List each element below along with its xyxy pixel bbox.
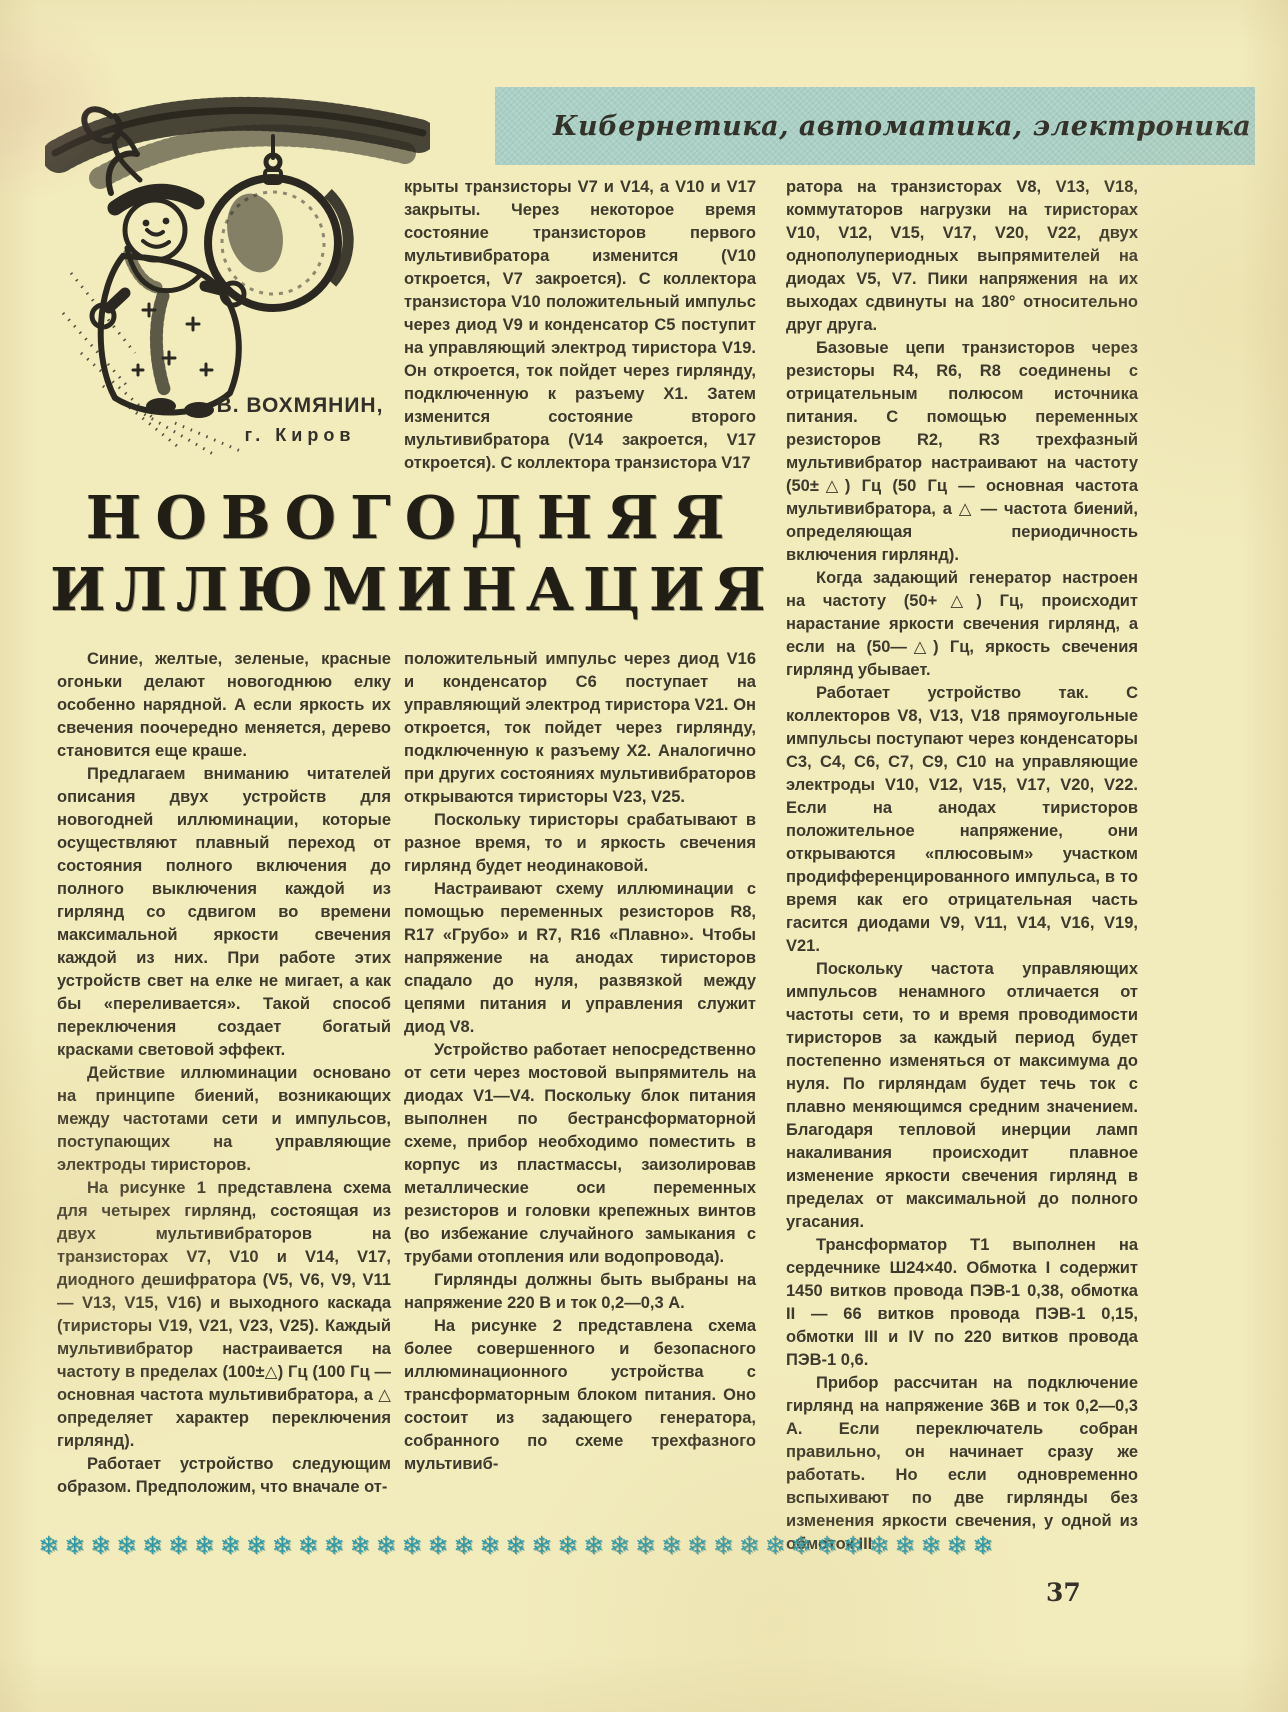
- body-paragraph: Устройство работает непосредственно от с…: [404, 1039, 756, 1269]
- rubric-banner: Кибернетика, автоматика, электроника: [495, 87, 1255, 165]
- author-name: В. ВОХМЯНИН,: [190, 394, 410, 418]
- middle-column-bottom: положительный импульс через диод V16 и к…: [404, 648, 756, 1476]
- body-paragraph: Поскольку тиристоры срабатывают в разное…: [404, 809, 756, 878]
- author-city: г. Киров: [190, 425, 410, 446]
- body-paragraph: крыты транзисторы V7 и V14, а V10 и V17 …: [404, 176, 756, 475]
- body-paragraph: положительный импульс через диод V16 и к…: [404, 648, 756, 809]
- body-paragraph: На рисунке 1 представлена схема для четы…: [57, 1177, 391, 1453]
- magazine-page: Кибернетика, автоматика, электроника: [0, 0, 1288, 1712]
- body-paragraph: Синие, желтые, зеленые, красные огоньки …: [57, 648, 391, 763]
- body-paragraph: На рисунке 2 представлена схема более со…: [404, 1315, 756, 1476]
- body-paragraph: Трансформатор Т1 выполнен на сердечнике …: [786, 1234, 1138, 1372]
- body-paragraph: Работает устройство так. С коллекторов V…: [786, 682, 1138, 958]
- article-title-line2: ИЛЛЮМИНАЦИЯ: [50, 554, 774, 626]
- right-column: ратора на транзисторах V8, V13, V18, ком…: [786, 176, 1138, 1556]
- snowflake-border: ❄❄❄❄❄❄❄❄❄❄❄❄❄❄❄❄❄❄❄❄❄❄❄❄❄❄❄❄❄❄❄❄❄❄❄❄❄: [38, 1531, 1173, 1560]
- left-column: Синие, желтые, зеленые, красные огоньки …: [57, 648, 391, 1499]
- page-number: 37: [1046, 1578, 1081, 1607]
- body-paragraph: Прибор рассчитан на подключение гирлянд …: [786, 1372, 1138, 1556]
- rubric-banner-label: Кибернетика, автоматика, электроника: [495, 111, 1251, 142]
- body-paragraph: Когда задающий генератор настроен на час…: [786, 567, 1138, 682]
- author-credit: В. ВОХМЯНИН, г. Киров: [190, 394, 410, 446]
- body-paragraph: Предлагаем вниманию читателей описания д…: [57, 763, 391, 1062]
- article-title: НОВОГОДНЯЯ ИЛЛЮМИНАЦИЯ: [50, 482, 774, 626]
- article-title-line1: НОВОГОДНЯЯ: [50, 482, 774, 554]
- body-paragraph: Настраивают схему иллюминации с помощью …: [404, 878, 756, 1039]
- middle-column-top: крыты транзисторы V7 и V14, а V10 и V17 …: [404, 176, 756, 475]
- body-paragraph: Поскольку частота управляющих импульсов …: [786, 958, 1138, 1234]
- body-paragraph: Работает устройство следующим образом. П…: [57, 1453, 391, 1499]
- body-paragraph: Гирлянды должны быть выбраны на напряжен…: [404, 1269, 756, 1315]
- body-paragraph: Действие иллюминации основано на принцип…: [57, 1062, 391, 1177]
- body-paragraph: Базовые цепи транзисторов через резистор…: [786, 337, 1138, 567]
- body-paragraph: ратора на транзисторах V8, V13, V18, ком…: [786, 176, 1138, 337]
